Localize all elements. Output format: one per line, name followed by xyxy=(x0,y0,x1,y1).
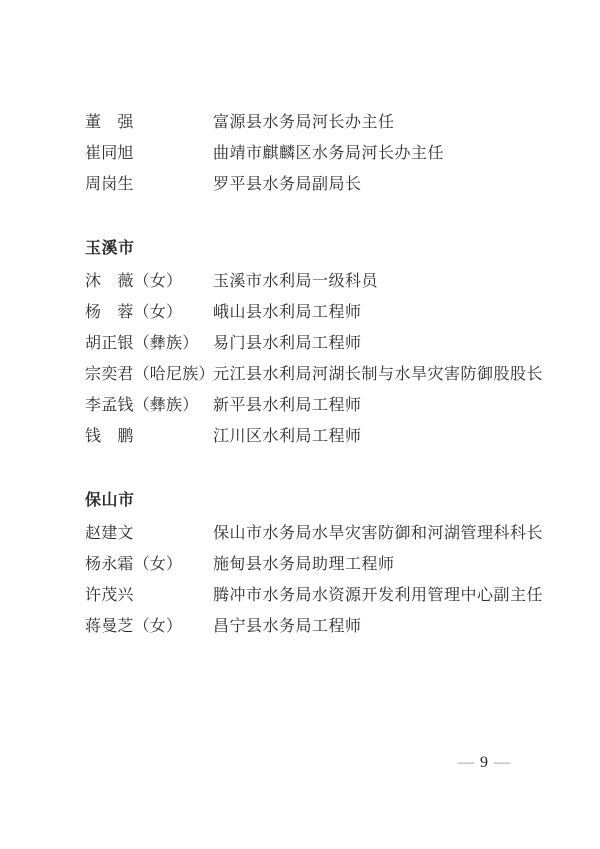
roster-row: 赵建文保山市水务局水旱灾害防御和河湖管理科科长 xyxy=(85,516,555,547)
person-title: 易门县水利局工程师 xyxy=(213,330,555,353)
person-title: 富源县水务局河长办主任 xyxy=(213,109,555,132)
roster-row: 许茂兴腾冲市水务局水资源开发利用管理中心副主任 xyxy=(85,578,555,609)
page-footer: —9— xyxy=(458,753,510,773)
roster-row: 董 强富源县水务局河长办主任 xyxy=(85,105,555,136)
person-title: 曲靖市麒麟区水务局河长办主任 xyxy=(213,140,555,163)
person-title: 昌宁县水务局工程师 xyxy=(213,613,555,636)
person-name: 董 强 xyxy=(85,109,213,132)
roster-row: 宗奕君（哈尼族）元江县水利局河湖长制与水旱灾害防御股股长 xyxy=(85,357,555,388)
person-name: 许茂兴 xyxy=(85,582,213,605)
person-title: 罗平县水务局副局长 xyxy=(213,171,555,194)
roster-row: 蒋曼芝（女）昌宁县水务局工程师 xyxy=(85,609,555,640)
city-section: 保山市赵建文保山市水务局水旱灾害防御和河湖管理科科长杨永霜（女）施甸县水务局助理… xyxy=(85,485,555,640)
roster-row: 杨永霜（女）施甸县水务局助理工程师 xyxy=(85,547,555,578)
person-name: 杨永霜（女） xyxy=(85,551,213,574)
roster-row: 钱 鹏江川区水利局工程师 xyxy=(85,419,555,450)
roster-list: 董 强富源县水务局河长办主任崔同旭曲靖市麒麟区水务局河长办主任周岗生罗平县水务局… xyxy=(85,105,555,640)
person-name: 周岗生 xyxy=(85,171,213,194)
continued-entries-section: 董 强富源县水务局河长办主任崔同旭曲靖市麒麟区水务局河长办主任周岗生罗平县水务局… xyxy=(85,105,555,198)
person-title: 新平县水利局工程师 xyxy=(213,392,555,415)
person-title: 江川区水利局工程师 xyxy=(213,423,555,446)
roster-row: 李孟钱（彝族）新平县水利局工程师 xyxy=(85,388,555,419)
person-name: 李孟钱（彝族） xyxy=(85,392,213,415)
person-name: 崔同旭 xyxy=(85,140,213,163)
person-title: 保山市水务局水旱灾害防御和河湖管理科科长 xyxy=(213,520,555,543)
city-section: 玉溪市沐 薇（女）玉溪市水利局一级科员杨 蓉（女）峨山县水利局工程师胡正银（彝族… xyxy=(85,233,555,450)
person-name: 赵建文 xyxy=(85,520,213,543)
person-name: 胡正银（彝族） xyxy=(85,330,213,353)
person-name: 沐 薇（女） xyxy=(85,268,213,291)
person-name: 蒋曼芝（女） xyxy=(85,613,213,636)
person-title: 峨山县水利局工程师 xyxy=(213,299,555,322)
city-heading: 保山市 xyxy=(85,485,555,516)
person-name: 宗奕君（哈尼族） xyxy=(85,361,213,384)
roster-row: 胡正银（彝族）易门县水利局工程师 xyxy=(85,326,555,357)
roster-row: 崔同旭曲靖市麒麟区水务局河长办主任 xyxy=(85,136,555,167)
footer-dash-right: — xyxy=(494,754,510,771)
roster-row: 沐 薇（女）玉溪市水利局一级科员 xyxy=(85,264,555,295)
document-page: 董 强富源县水务局河长办主任崔同旭曲靖市麒麟区水务局河长办主任周岗生罗平县水务局… xyxy=(0,0,600,849)
page-number: 9 xyxy=(474,754,494,771)
city-heading: 玉溪市 xyxy=(85,233,555,264)
person-title: 腾冲市水务局水资源开发利用管理中心副主任 xyxy=(213,582,555,605)
person-name: 钱 鹏 xyxy=(85,423,213,446)
person-name: 杨 蓉（女） xyxy=(85,299,213,322)
roster-row: 周岗生罗平县水务局副局长 xyxy=(85,167,555,198)
person-title: 施甸县水务局助理工程师 xyxy=(213,551,555,574)
person-title: 元江县水利局河湖长制与水旱灾害防御股股长 xyxy=(213,361,555,384)
person-title: 玉溪市水利局一级科员 xyxy=(213,268,555,291)
footer-dash-left: — xyxy=(458,754,474,771)
roster-row: 杨 蓉（女）峨山县水利局工程师 xyxy=(85,295,555,326)
